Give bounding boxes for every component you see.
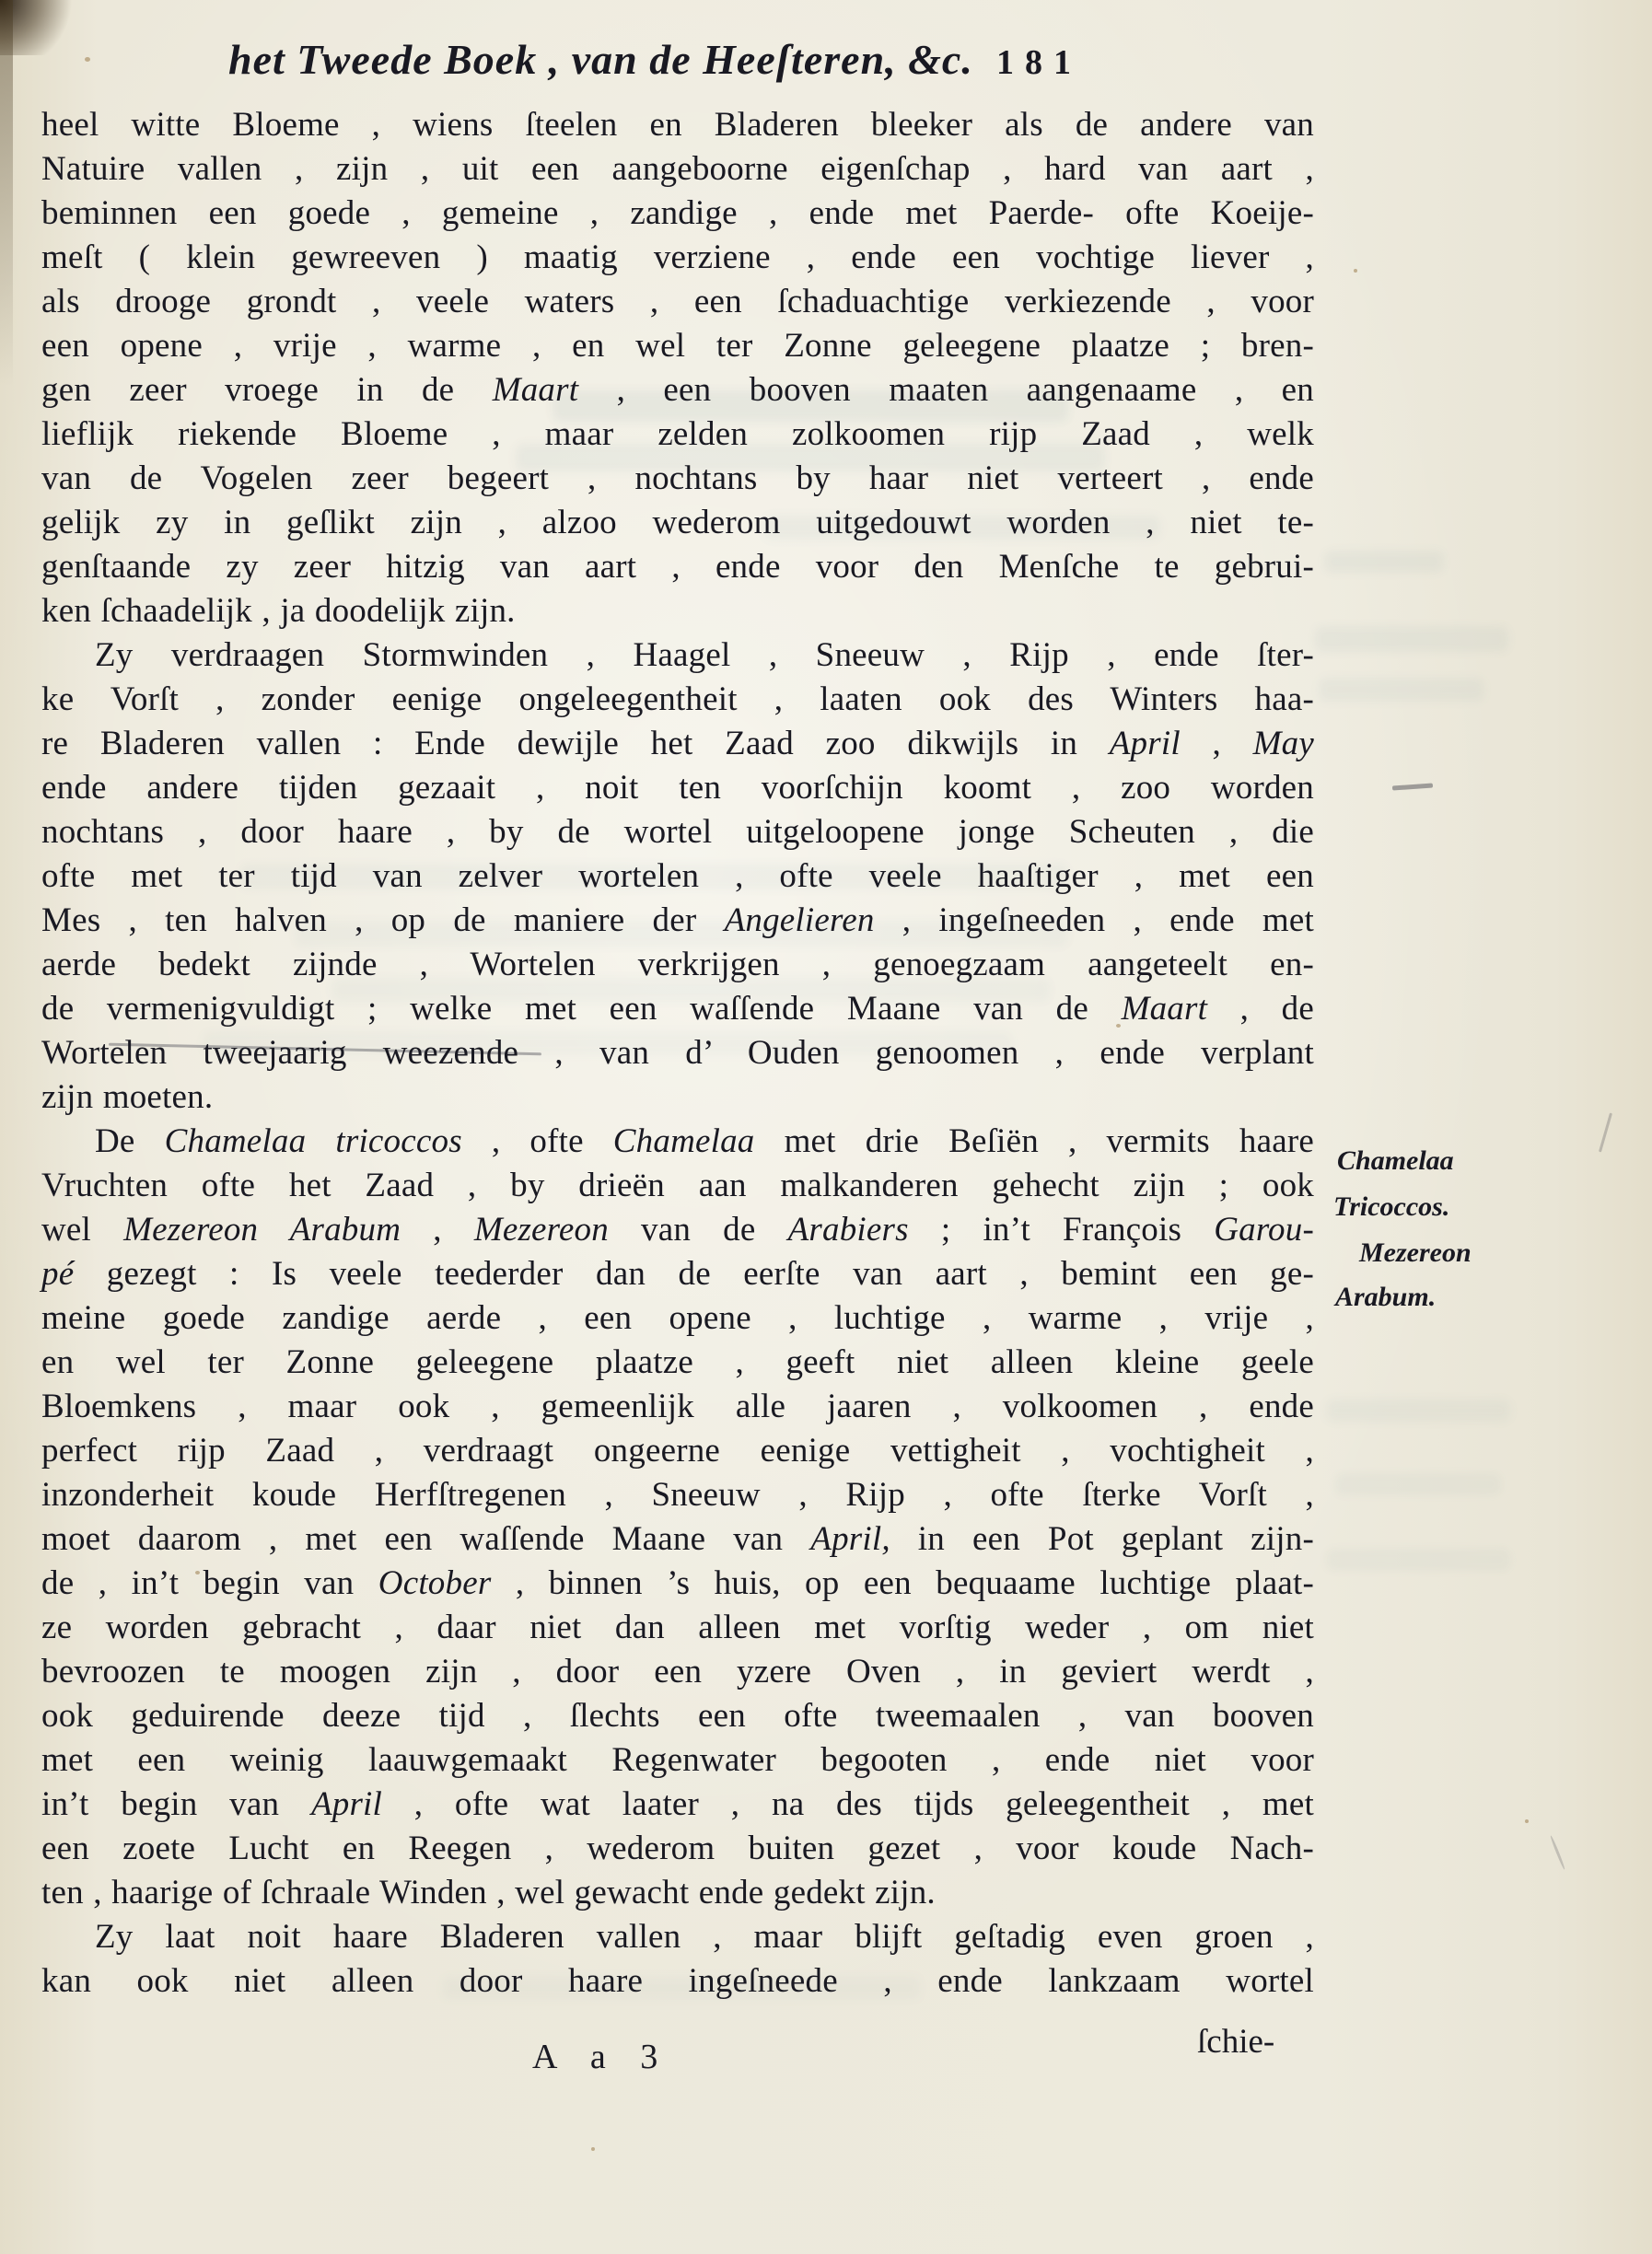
body-line: de , in’t begin van October , binnen ’s … xyxy=(41,1562,1314,1606)
body-line: met een weinig laauwgemaakt Regenwater b… xyxy=(41,1738,1314,1783)
body-line: een zoete Lucht en Reegen , wederom buit… xyxy=(41,1827,1314,1871)
pen-mark xyxy=(1392,783,1433,790)
paper-speck xyxy=(1354,269,1357,273)
body-text: heel witte Bloeme , wiens ſteelen en Bla… xyxy=(41,103,1314,2004)
body-line: ofte met ter tijd van zelver wortelen , … xyxy=(41,854,1314,899)
pen-mark xyxy=(1550,1835,1566,1870)
bleedthrough-artifact xyxy=(1319,678,1484,702)
body-line: Zy verdraagen Stormwinden , Haagel , Sne… xyxy=(41,633,1314,678)
body-line: een opene , vrije , warme , en wel ter Z… xyxy=(41,324,1314,368)
body-line: ke Vorſt , zonder eenige ongeleegentheit… xyxy=(41,678,1314,722)
body-line: ende andere tijden gezaait , noit ten vo… xyxy=(41,766,1314,810)
body-line: re Bladeren vallen : Ende dewijle het Za… xyxy=(41,722,1314,766)
bleedthrough-artifact xyxy=(1324,551,1444,573)
body-line: in’t begin van April , ofte wat laater ,… xyxy=(41,1783,1314,1827)
body-line: en wel ter Zonne geleegene plaatze , gee… xyxy=(41,1341,1314,1385)
body-line: wel Mezereon Arabum , Mezereon van de Ar… xyxy=(41,1208,1314,1252)
margin-note: Mezereon xyxy=(1359,1237,1472,1269)
bleedthrough-artifact xyxy=(1326,1549,1510,1571)
page-number: 181 xyxy=(996,42,1082,83)
body-line: beminnen een goede , gemeine , zandige ,… xyxy=(41,192,1314,236)
body-line: zijn moeten. xyxy=(41,1075,1314,1120)
body-line: Natuire vallen , zijn , uit een aangeboo… xyxy=(41,147,1314,192)
body-line: ze worden gebracht , daar niet dan allee… xyxy=(41,1606,1314,1650)
body-line: perfect rijp Zaad , verdraagt ongeerne e… xyxy=(41,1429,1314,1473)
body-line: meſt ( klein gewreeven ) maatig verziene… xyxy=(41,236,1314,280)
body-line: inzonderheit koude Herfſtregenen , Sneeu… xyxy=(41,1473,1314,1517)
pen-mark xyxy=(1599,1112,1612,1152)
body-line: de vermenigvuldigt ; welke met een waſſe… xyxy=(41,987,1314,1031)
body-line: Vruchten ofte het Zaad , by drieën aan m… xyxy=(41,1164,1314,1208)
body-line: van de Vogelen zeer begeert , nochtans b… xyxy=(41,457,1314,501)
margin-note: Chamelaa xyxy=(1337,1145,1454,1177)
body-line: Wortelen tweejaarig weezende , van d’ Ou… xyxy=(41,1031,1314,1075)
body-line: bevroozen te moogen zijn , door een yzer… xyxy=(41,1650,1314,1694)
body-line: gen zeer vroege in de Maart , een booven… xyxy=(41,368,1314,412)
running-header-title: het Tweede Boek , van de Heeſteren, &c. xyxy=(228,35,973,84)
body-line: nochtans , door haare , by de wortel uit… xyxy=(41,810,1314,854)
paper-speck xyxy=(85,57,90,62)
body-line: moet daarom , met een waſſende Maane van… xyxy=(41,1517,1314,1562)
body-line: gelijk zy in geſlikt zijn , alzoo wedero… xyxy=(41,501,1314,545)
scan-edge-shadow xyxy=(0,0,13,387)
body-line: ook geduirende deeze tijd , ſlechts een … xyxy=(41,1694,1314,1738)
body-line: kan ook niet alleen door haare ingeſneed… xyxy=(41,1959,1314,2004)
bleedthrough-artifact xyxy=(1326,1400,1510,1422)
catchword: ſchie- xyxy=(1197,2022,1274,2062)
body-line: Bloemkens , maar ook , gemeenlijk alle j… xyxy=(41,1385,1314,1429)
paper-speck xyxy=(591,2147,595,2151)
bleedthrough-artifact xyxy=(1315,626,1508,652)
body-line: ken ſchaadelijk , ja doodelijk zijn. xyxy=(41,589,1314,633)
margin-note: Tricoccos. xyxy=(1333,1191,1449,1223)
body-line: genſtaande zy zeer hitzig van aart , end… xyxy=(41,545,1314,589)
paper-speck xyxy=(1525,1819,1529,1823)
body-line: aerde bedekt zijnde , Wortelen verkrijge… xyxy=(41,943,1314,987)
body-line: lieflijk riekende Bloeme , maar zelden z… xyxy=(41,412,1314,457)
body-line: pé gezegt : Is veele teederder dan de ee… xyxy=(41,1252,1314,1296)
body-line: Mes , ten halven , op de maniere der Ang… xyxy=(41,899,1314,943)
body-line: als drooge grondt , veele waters , een ſ… xyxy=(41,280,1314,324)
margin-note: Arabum. xyxy=(1335,1282,1436,1313)
body-line: Zy laat noit haare Bladeren vallen , maa… xyxy=(41,1915,1314,1959)
bleedthrough-artifact xyxy=(1335,1473,1501,1495)
signature-mark: A a 3 xyxy=(532,2037,670,2077)
body-line: meine goede zandige aerde , een opene , … xyxy=(41,1296,1314,1341)
body-line: De Chamelaa tricoccos , ofte Chamelaa me… xyxy=(41,1120,1314,1164)
body-line: heel witte Bloeme , wiens ſteelen en Bla… xyxy=(41,103,1314,147)
scanned-book-page: het Tweede Boek , van de Heeſteren, &c. … xyxy=(0,0,1652,2254)
body-line: ten , haarige of ſchraale Winden , wel g… xyxy=(41,1871,1314,1915)
